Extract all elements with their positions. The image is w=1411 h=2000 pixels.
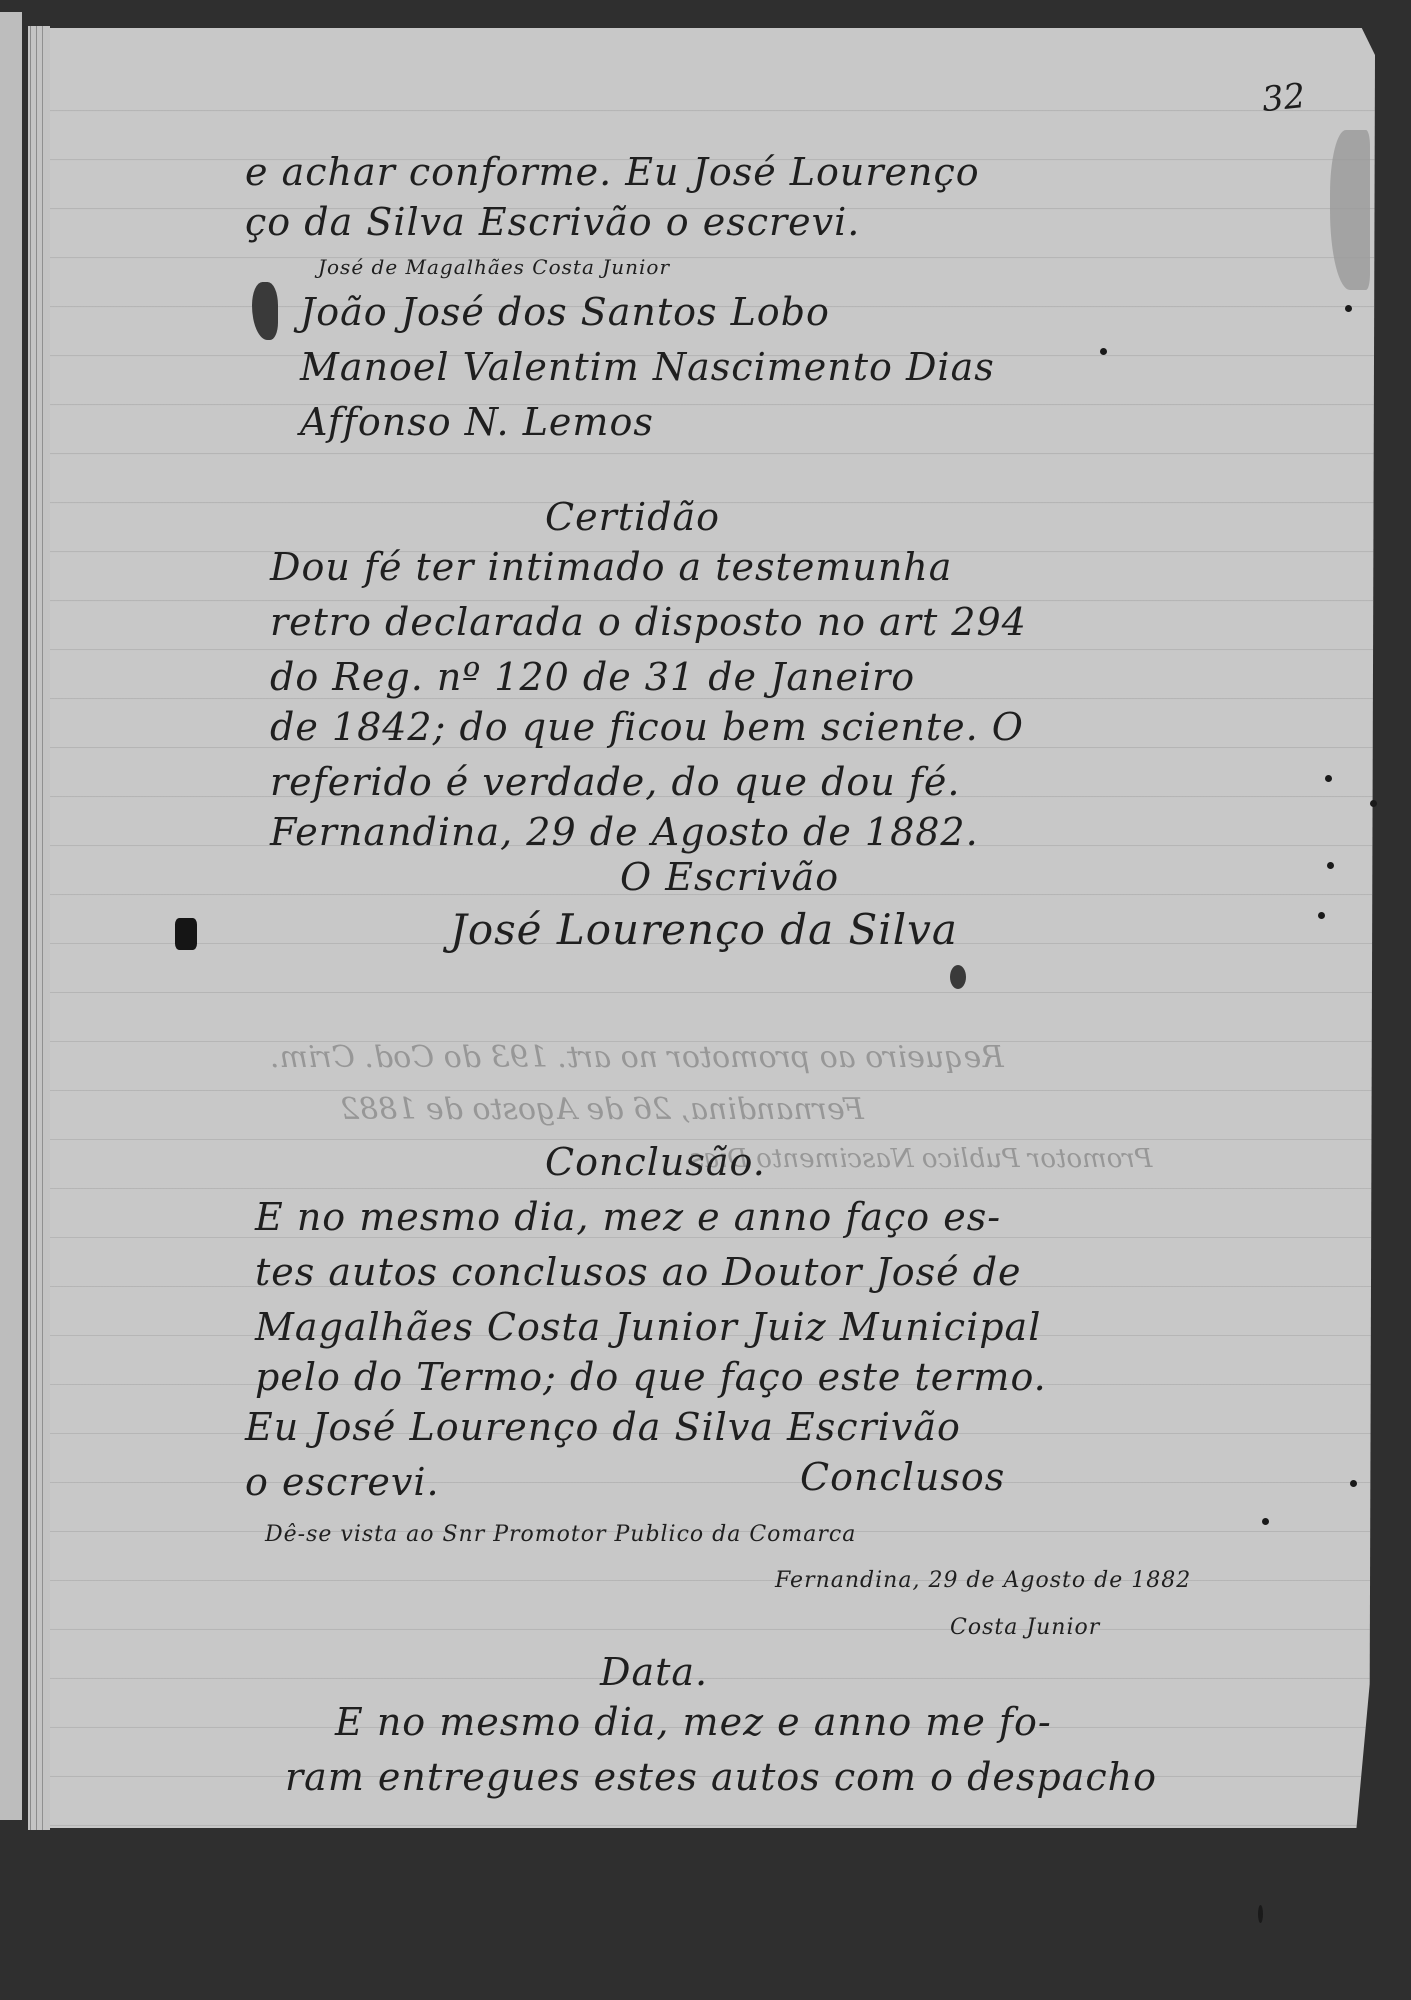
dispatch-date: Fernandina, 29 de Agosto de 1882: [775, 1568, 1191, 1593]
page-number: 32: [1260, 76, 1307, 120]
ink-blot: [950, 965, 966, 989]
signature-witness: João José dos Santos Lobo: [300, 290, 830, 334]
text-line: E no mesmo dia, mez e anno me fo-: [335, 1700, 1052, 1744]
text-line: o escrevi.: [245, 1460, 440, 1504]
signature-witness: Manoel Valentim Nascimento Dias: [300, 345, 995, 389]
ink-blot: [175, 918, 197, 950]
bleedthrough-line: Requeiro ao promotor no art. 193 do Cod.…: [270, 1040, 1004, 1075]
section-heading: Conclusão.: [545, 1140, 766, 1184]
signature-judge: Costa Junior: [950, 1615, 1100, 1640]
binding-edge: [28, 26, 50, 1830]
text-line: ram entregues estes autos com o despacho: [285, 1755, 1157, 1799]
text-line: Magalhães Costa Junior Juiz Municipal: [255, 1305, 1041, 1349]
ink-dot: [1350, 1480, 1357, 1487]
text-line: e achar conforme. Eu José Lourenço: [245, 150, 980, 194]
text-line: retro declarada o disposto no art 294: [270, 600, 1027, 644]
text-line: do Reg. nº 120 de 31 de Janeiro: [270, 655, 915, 699]
signature-judge: José de Magalhães Costa Junior: [318, 255, 670, 279]
signature-clerk: José Lourenço da Silva: [450, 905, 958, 954]
section-heading: Certidão: [545, 495, 720, 539]
water-stain: [1330, 130, 1370, 290]
text-line: referido é verdade, do que dou fé.: [270, 760, 960, 804]
text-line: Fernandina, 29 de Agosto de 1882.: [270, 810, 979, 854]
adjacent-page-edge: [0, 12, 22, 1820]
section-heading: Conclusos: [800, 1455, 1005, 1499]
ink-dot: [1100, 348, 1107, 355]
dispatch-line: Dê-se vista ao Snr Promotor Publico da C…: [265, 1522, 856, 1547]
text-line: E no mesmo dia, mez e anno faço es-: [255, 1195, 1001, 1239]
ink-dot: [1262, 1518, 1269, 1525]
text-line: Dou fé ter intimado a testemunha: [270, 545, 952, 589]
bleedthrough-line: Fernandina, 26 de Agosto de 1882: [340, 1092, 864, 1127]
ink-dot: [1258, 1905, 1263, 1923]
text-line: ço da Silva Escrivão o escrevi.: [245, 200, 860, 244]
text-line: O Escrivão: [620, 855, 839, 899]
ink-dot: [1345, 305, 1352, 312]
ink-dot: [1318, 912, 1325, 919]
ink-dot: [1327, 862, 1334, 869]
text-line: pelo do Termo; do que faço este termo.: [255, 1355, 1047, 1399]
text-line: Eu José Lourenço da Silva Escrivão: [245, 1405, 961, 1449]
ink-dot: [1370, 800, 1377, 807]
section-heading: Data.: [600, 1650, 708, 1694]
ink-dot: [1325, 775, 1332, 782]
signature-witness: Affonso N. Lemos: [300, 400, 654, 444]
text-line: de 1842; do que ficou bem sciente. O: [270, 705, 1024, 749]
text-line: tes autos conclusos ao Doutor José de: [255, 1250, 1022, 1294]
